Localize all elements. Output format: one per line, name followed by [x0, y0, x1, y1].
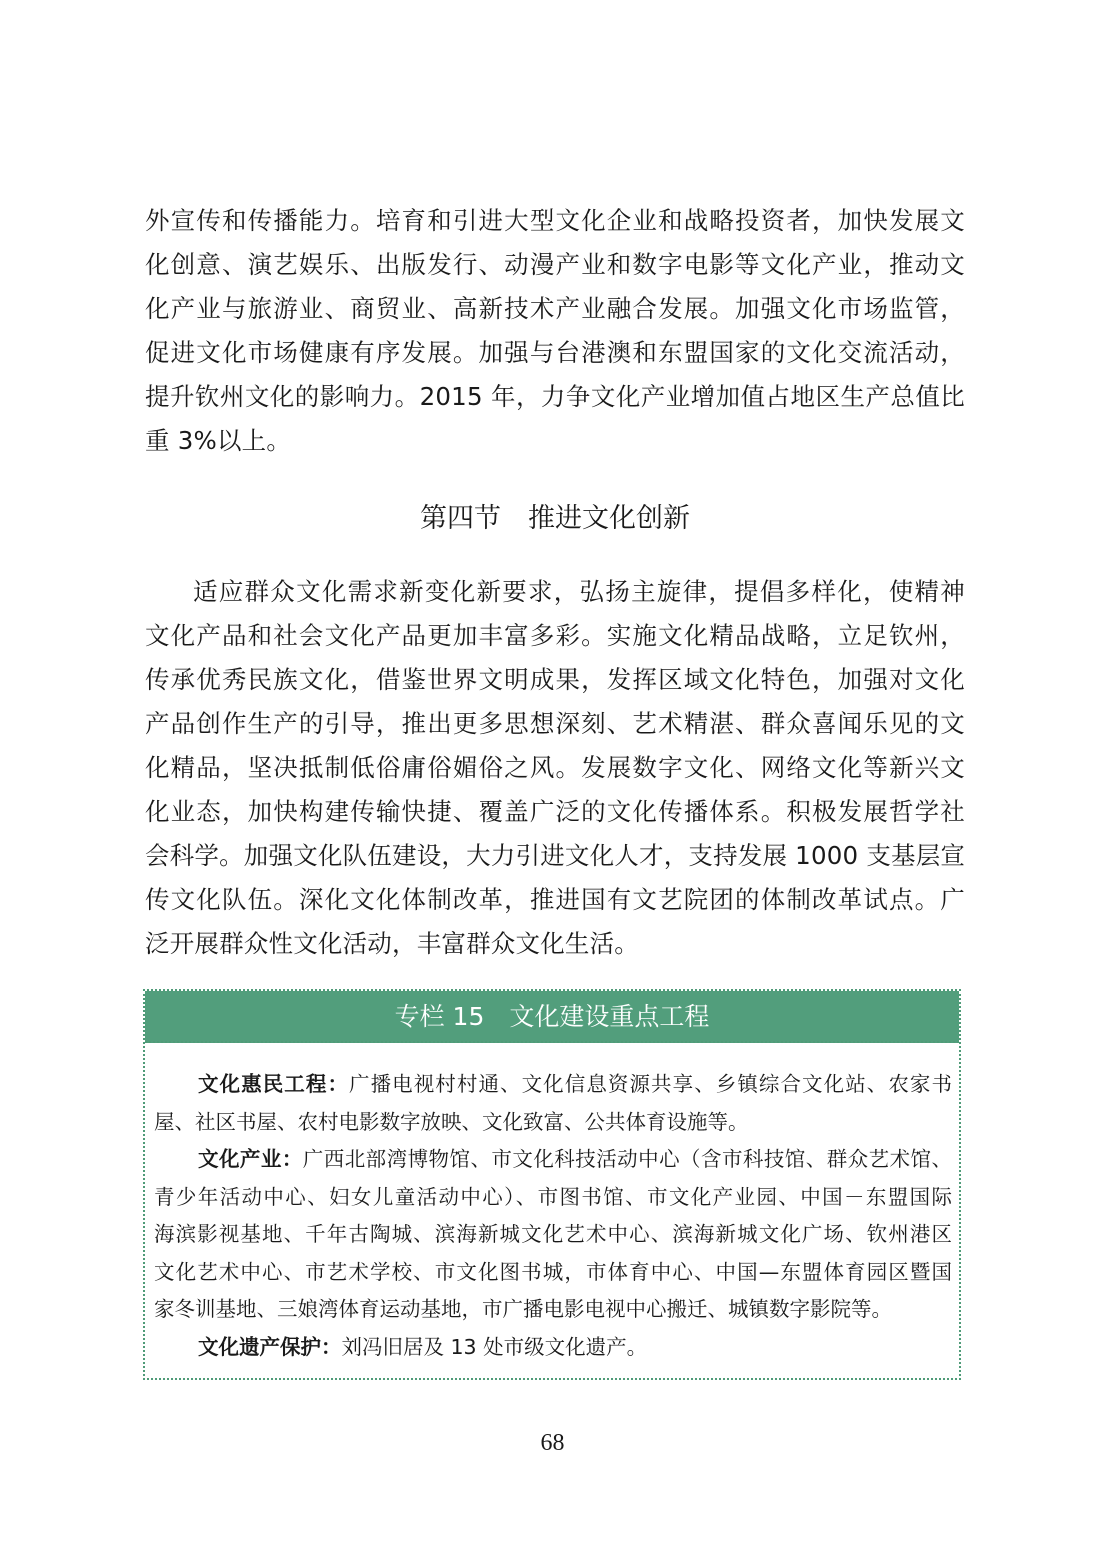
- text-line: 文化产品和社会文化产品更加丰富多彩。实施文化精品战略，立足钦州，: [145, 614, 965, 658]
- box-item-line: 文化遗产保护：刘冯旧居及 13 处市级文化遗产。: [154, 1329, 952, 1367]
- text-line: 泛开展群众性文化活动，丰富群众文化生活。: [145, 922, 965, 966]
- section-heading: 第四节 推进文化创新: [145, 497, 965, 541]
- box-item-line: 文化产业：广西北部湾博物馆、市文化科技活动中心（含市科技馆、群众艺术馆、: [154, 1141, 952, 1179]
- document-page: 外宣传和传播能力。培育和引进大型文化企业和战略投资者，加快发展文 化创意、演艺娱…: [0, 0, 1105, 1550]
- box-item-line: 海滨影视基地、千年古陶城、滨海新城文化艺术中心、滨海新城文化广场、钦州港区: [154, 1216, 952, 1254]
- box-item-line: 家冬训基地、三娘湾体育运动基地，市广播电影电视中心搬迁、城镇数字影院等。: [154, 1291, 952, 1329]
- feature-box: 专栏 15 文化建设重点工程 文化惠民工程：广播电视村村通、文化信息资源共享、乡…: [143, 989, 961, 1380]
- feature-box-body: 文化惠民工程：广播电视村村通、文化信息资源共享、乡镇综合文化站、农家书 屋、社区…: [154, 1066, 952, 1366]
- text-line: 提升钦州文化的影响力。2015 年，力争文化产业增加值占地区生产总值比: [145, 375, 965, 419]
- text-line: 产品创作生产的引导，推出更多思想深刻、艺术精湛、群众喜闻乐见的文: [145, 702, 965, 746]
- text-line: 促进文化市场健康有序发展。加强与台港澳和东盟国家的文化交流活动，: [145, 331, 965, 375]
- text-line: 化创意、演艺娱乐、出版发行、动漫产业和数字电影等文化产业，推动文: [145, 243, 965, 287]
- text-line: 传承优秀民族文化，借鉴世界文明成果，发挥区域文化特色，加强对文化: [145, 658, 965, 702]
- box-item-line: 青少年活动中心、妇女儿童活动中心）、市图书馆、市文化产业园、中国－东盟国际: [154, 1179, 952, 1217]
- page-number: 68: [0, 1430, 1105, 1457]
- box-item-line: 屋、社区书屋、农村电影数字放映、文化致富、公共体育设施等。: [154, 1104, 952, 1142]
- text-line: 传文化队伍。深化文化体制改革，推进国有文艺院团的体制改革试点。广: [145, 878, 965, 922]
- box-item-label: 文化产业：: [198, 1147, 303, 1171]
- box-item-line: 文化惠民工程：广播电视村村通、文化信息资源共享、乡镇综合文化站、农家书: [154, 1066, 952, 1104]
- box-item-label: 文化遗产保护：: [198, 1335, 342, 1359]
- paragraph-culture-innovation: 适应群众文化需求新变化新要求，弘扬主旋律，提倡多样化，使精神 文化产品和社会文化…: [145, 570, 965, 966]
- text-line: 会科学。加强文化队伍建设，大力引进文化人才，支持发展 1000 支基层宣: [145, 834, 965, 878]
- box-item-label: 文化惠民工程：: [198, 1072, 349, 1096]
- feature-box-title: 专栏 15 文化建设重点工程: [145, 991, 959, 1043]
- box-item-line: 文化艺术中心、市艺术学校、市文化图书城，市体育中心、中国—东盟体育园区暨国: [154, 1254, 952, 1292]
- text-line: 化精品，坚决抵制低俗庸俗媚俗之风。发展数字文化、网络文化等新兴文: [145, 746, 965, 790]
- text-line: 化产业与旅游业、商贸业、高新技术产业融合发展。加强文化市场监管，: [145, 287, 965, 331]
- box-item-text: 广播电视村村通、文化信息资源共享、乡镇综合文化站、农家书: [349, 1072, 952, 1096]
- text-line: 外宣传和传播能力。培育和引进大型文化企业和战略投资者，加快发展文: [145, 199, 965, 243]
- box-item-text: 广西北部湾博物馆、市文化科技活动中心（含市科技馆、群众艺术馆、: [303, 1147, 952, 1171]
- text-line: 化业态，加快构建传输快捷、覆盖广泛的文化传播体系。积极发展哲学社: [145, 790, 965, 834]
- text-line: 适应群众文化需求新变化新要求，弘扬主旋律，提倡多样化，使精神: [145, 570, 965, 614]
- box-item-text: 刘冯旧居及 13 处市级文化遗产。: [342, 1335, 648, 1359]
- text-line: 重 3%以上。: [145, 419, 965, 463]
- paragraph-culture-industry: 外宣传和传播能力。培育和引进大型文化企业和战略投资者，加快发展文 化创意、演艺娱…: [145, 199, 965, 463]
